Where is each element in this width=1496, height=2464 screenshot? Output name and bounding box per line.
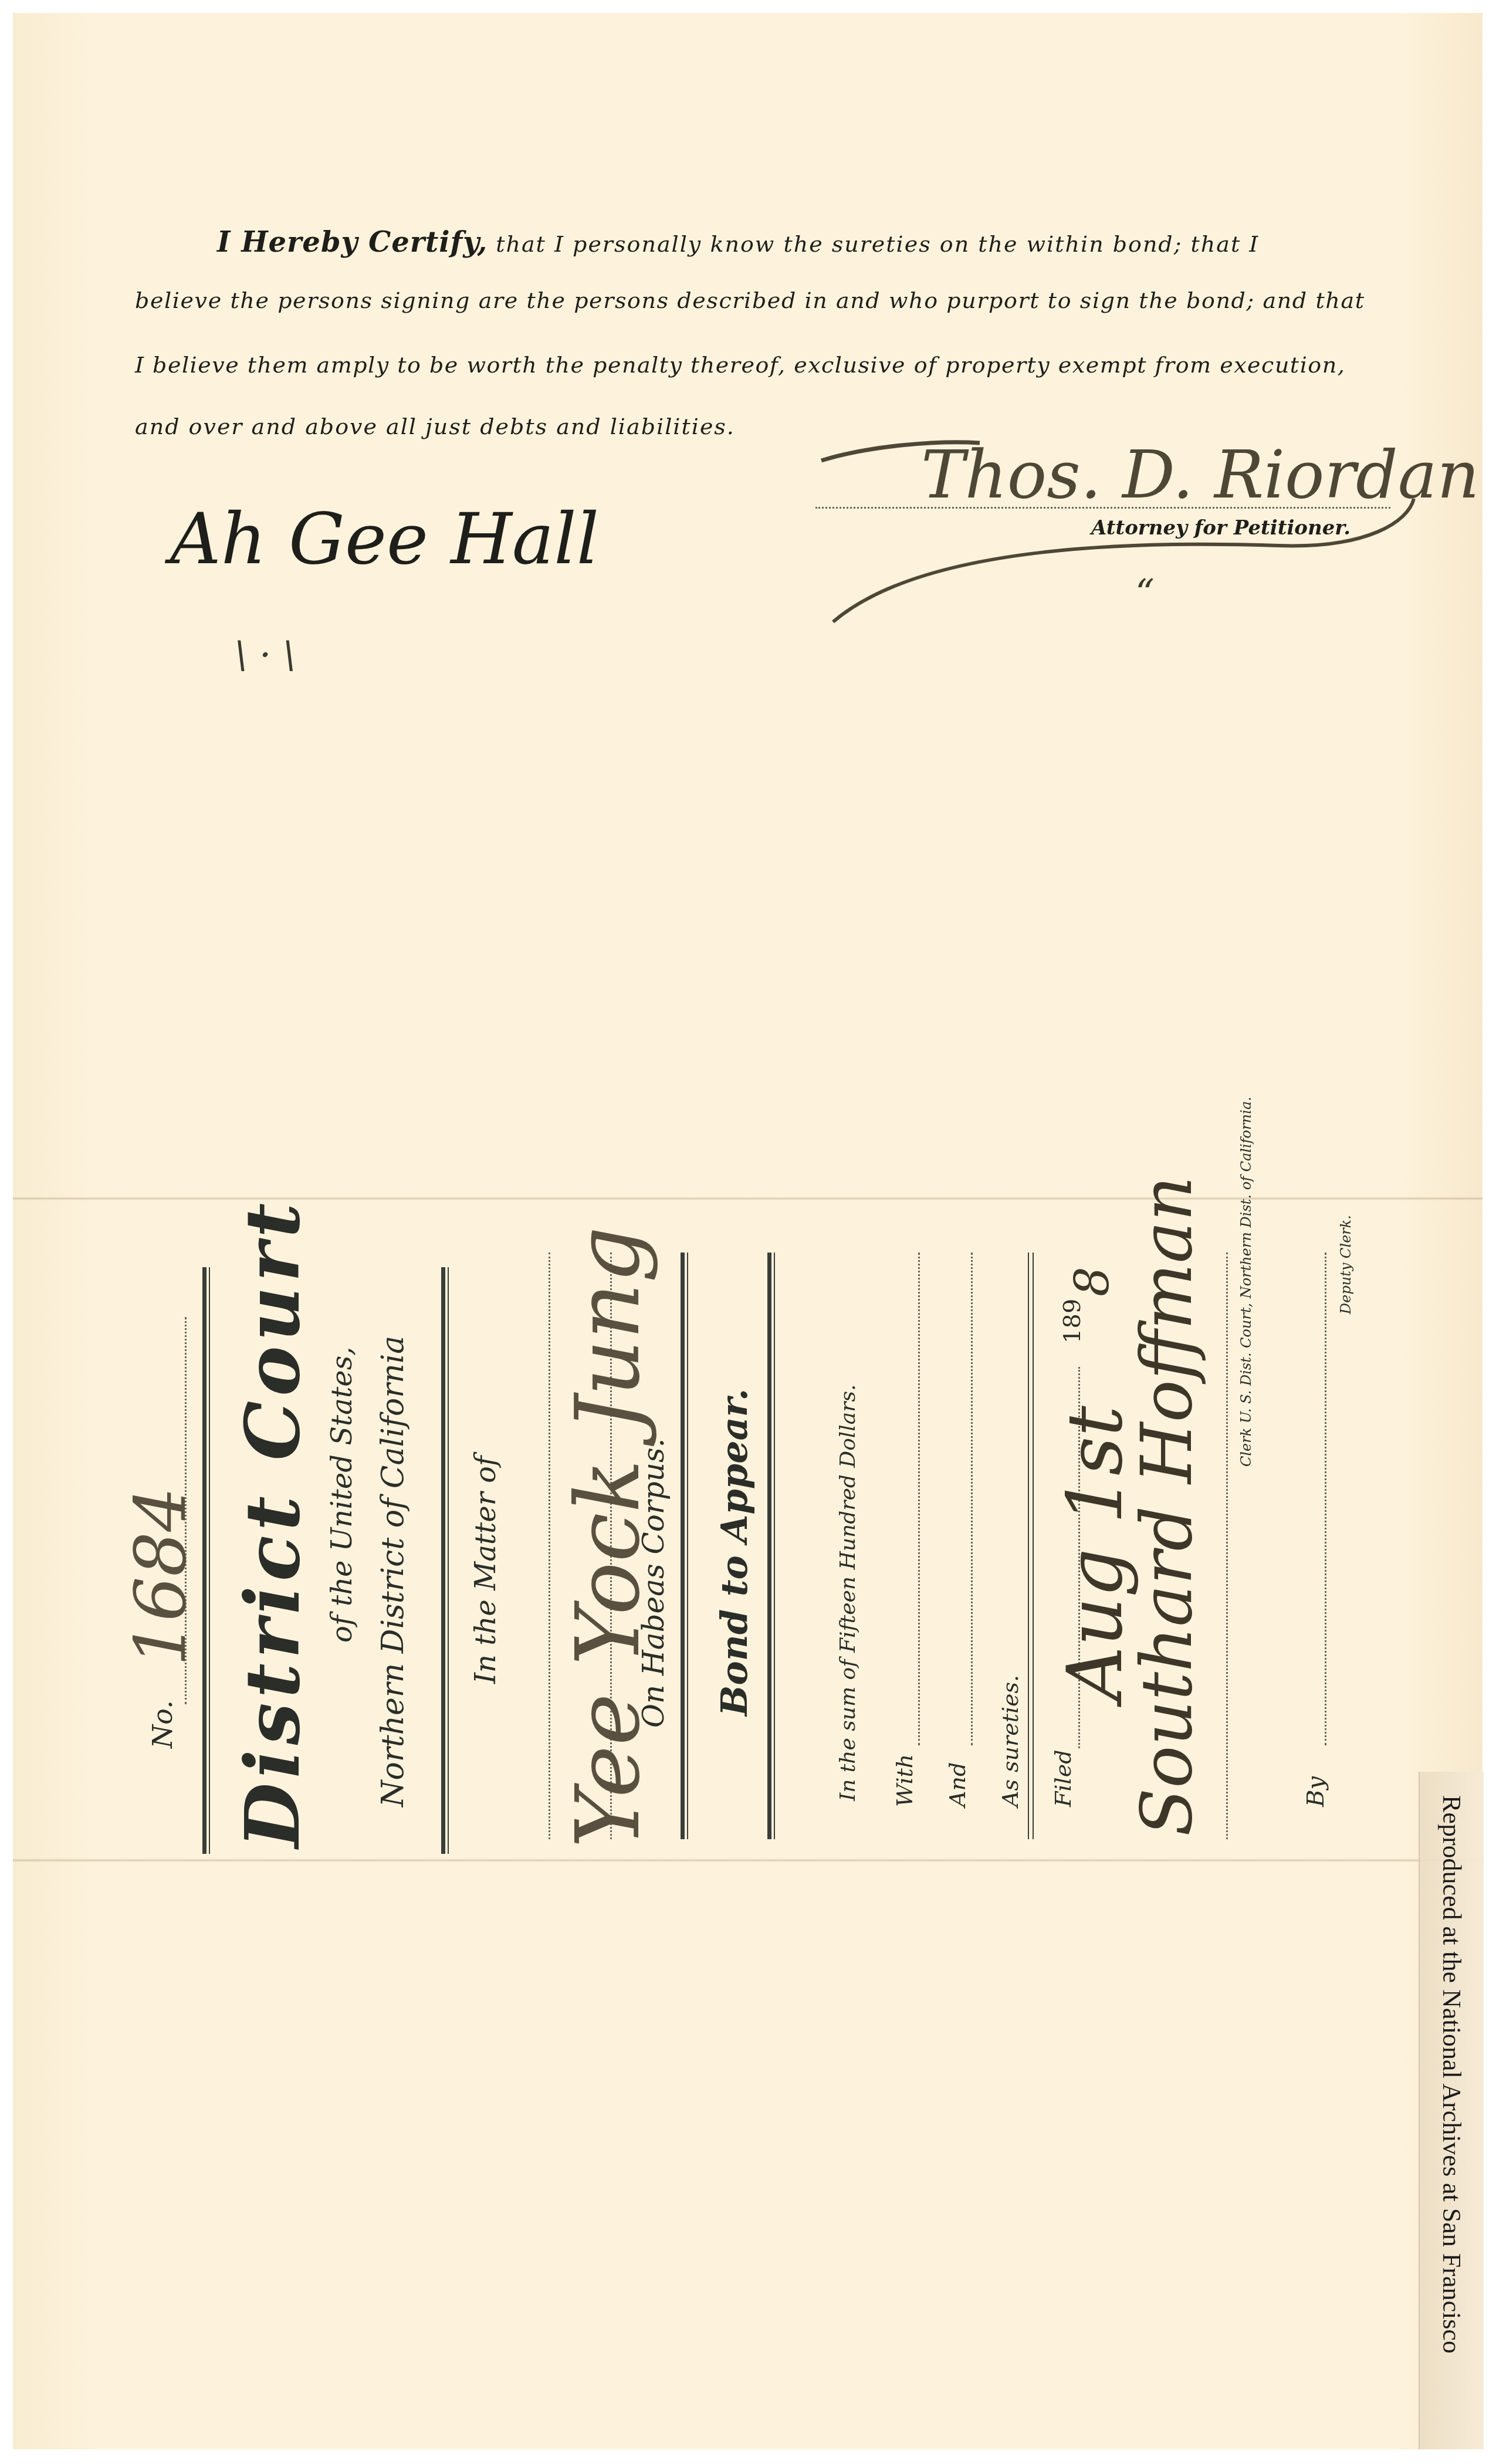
matter-label: In the Matter of [469, 1456, 502, 1684]
surety-signature: Ah Gee Hall [170, 499, 599, 580]
matter-type: On Habeas Corpus. [637, 1439, 671, 1728]
certificate-lead: I Hereby Certify, [217, 226, 488, 259]
rule-thick-4 [767, 1253, 771, 1839]
and-line[interactable] [971, 1253, 973, 1745]
year-suffix: 8 [1065, 1267, 1119, 1297]
fold-line-lower [13, 1859, 1483, 1862]
court-subtitle-2: Northern District of California [375, 1336, 411, 1807]
rule-thin-1 [209, 1267, 210, 1854]
clerk-signature: Southard Hoffman [1126, 1176, 1208, 1836]
rule-thin-2 [448, 1267, 449, 1854]
certificate-line-2: believe the persons signing are the pers… [135, 287, 1365, 313]
archive-label: Reproduced at the National Archives at S… [1437, 1795, 1467, 2354]
and-label: And [945, 1762, 970, 1807]
signature-marks: \ · \ [235, 634, 296, 677]
with-line[interactable] [918, 1253, 920, 1745]
matter-line-1 [549, 1253, 550, 1839]
clerk-caption: Clerk U. S. Dist. Court, Northern Dist. … [1238, 1096, 1254, 1467]
rule-thin-4 [774, 1253, 775, 1839]
rule-thin-6 [1033, 1253, 1034, 1839]
sum-text: In the sum of Fifteen Hundred Dollars. [836, 1385, 860, 1801]
by-label: By [1302, 1776, 1329, 1807]
docket-number-value: 1684 [120, 1487, 202, 1666]
with-label: With [892, 1754, 918, 1807]
clerk-signature-line[interactable] [1226, 1253, 1228, 1839]
rule-thin-5 [1028, 1253, 1029, 1839]
attorney-mark: “ [1135, 572, 1155, 615]
court-title: District Court [229, 1199, 317, 1848]
certificate-line-4: and over and above all just debts and li… [135, 414, 735, 439]
deputy-signature-line[interactable] [1325, 1253, 1326, 1745]
attorney-caption: Attorney for Petitioner. [1091, 516, 1351, 540]
rule-thick-2 [441, 1267, 445, 1854]
sureties-label: As sureties. [997, 1675, 1023, 1807]
filed-label: Filed [1050, 1750, 1076, 1808]
signature-flourish-icon [810, 434, 1443, 645]
rule-thick-3 [681, 1253, 685, 1839]
rule-thick-1 [202, 1267, 207, 1854]
rule-thin-3 [687, 1253, 688, 1839]
docket-number-label: No. [147, 1700, 178, 1748]
year-prefix: 189 [1059, 1299, 1086, 1343]
court-subtitle-1: of the United States, [326, 1346, 358, 1643]
document-title: Bond to Appear. [713, 1389, 756, 1716]
certificate-line-1: I Hereby Certify, that I personally know… [217, 226, 1259, 259]
deputy-caption: Deputy Clerk. [1338, 1215, 1354, 1314]
certificate-line-1-text: that I personally know the sureties on t… [488, 231, 1259, 257]
certificate-line-3: I believe them amply to be worth the pen… [135, 352, 1345, 378]
